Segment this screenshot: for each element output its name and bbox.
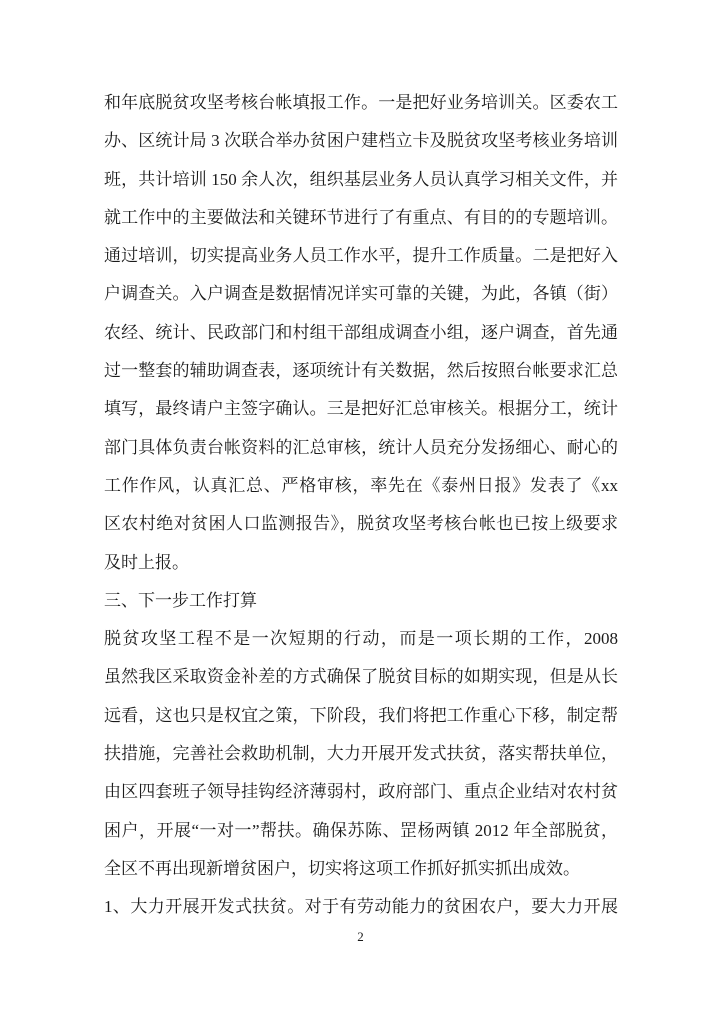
text-line: 及时上报。 [104,544,618,582]
text-line: 1、大力开展开发式扶贫。对于有劳动能力的贫困农户，要大力开展 [104,888,618,926]
text-line: 就工作中的主要做法和关键环节进行了有重点、有目的的专题培训。 [104,199,618,237]
text-line: 农经、统计、民政部门和村组干部组成调查小组，逐户调查，首先通 [104,314,618,352]
text-line: 远看，这也只是权宜之策，下阶段，我们将把工作重心下移，制定帮 [104,697,618,735]
text-line: 填写，最终请户主签字确认。三是把好汇总审核关。根据分工，统计 [104,390,618,428]
text-line: 全区不再出现新增贫困户，切实将这项工作抓好抓实抓出成效。 [104,850,618,888]
document-body: 和年底脱贫攻坚考核台帐填报工作。一是把好业务培训关。区委农工 办、区统计局 3 … [104,84,618,927]
text-line: 工作作风，认真汇总、严格审核，率先在《泰州日报》发表了《xx [104,467,618,505]
text-line: 和年底脱贫攻坚考核台帐填报工作。一是把好业务培训关。区委农工 [104,84,618,122]
text-line: 虽然我区采取资金补差的方式确保了脱贫目标的如期实现，但是从长 [104,658,618,696]
text-line: 部门具体负责台帐资料的汇总审核，统计人员充分发扬细心、耐心的 [104,429,618,467]
text-line: 区农村绝对贫困人口监测报告》，脱贫攻坚考核台帐也已按上级要求 [104,505,618,543]
text-line: 扶措施，完善社会救助机制，大力开展开发式扶贫，落实帮扶单位， [104,735,618,773]
document-page: 和年底脱贫攻坚考核台帐填报工作。一是把好业务培训关。区委农工 办、区统计局 3 … [0,0,721,1020]
text-line: 通过培训，切实提高业务人员工作水平，提升工作质量。二是把好入 [104,237,618,275]
text-line: 困户，开展“一对一”帮扶。确保苏陈、罡杨两镇 2012 年全部脱贫， [104,812,618,850]
text-line: 户调查关。入户调查是数据情况详实可靠的关键，为此，各镇（街） [104,275,618,313]
text-line: 过一整套的辅助调查表，逐项统计有关数据，然后按照台帐要求汇总 [104,352,618,390]
text-line: 班，共计培训 150 余人次，组织基层业务人员认真学习相关文件，并 [104,161,618,199]
text-line: 办、区统计局 3 次联合举办贫困户建档立卡及脱贫攻坚考核业务培训 [104,122,618,160]
text-line: 脱贫攻坚工程不是一次短期的行动，而是一项长期的工作，2008 年， [104,620,618,658]
text-line: 由区四套班子领导挂钩经济薄弱村，政府部门、重点企业结对农村贫 [104,773,618,811]
page-number: 2 [0,929,721,945]
section-heading: 三、下一步工作打算 [104,582,618,620]
